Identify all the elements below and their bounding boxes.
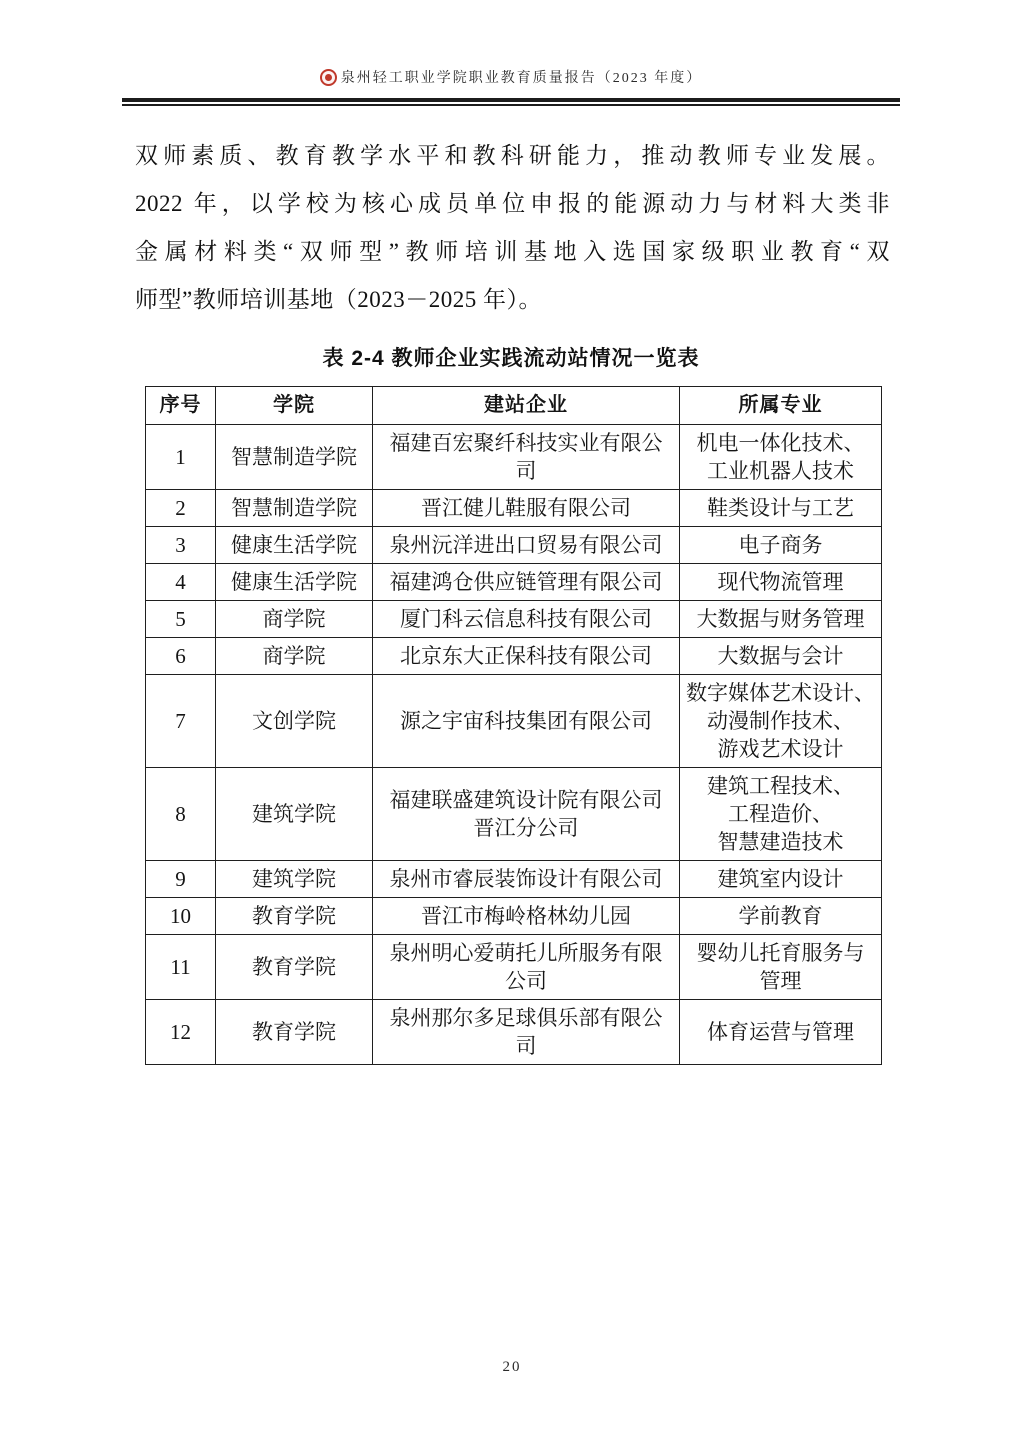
table-header-row: 序号 学院 建站企业 所属专业: [146, 386, 882, 424]
table-header: 序号 学院 建站企业 所属专业: [146, 386, 882, 424]
header-rule: [122, 98, 900, 106]
table-row: 1智慧制造学院福建百宏聚纤科技实业有限公 司机电一体化技术、 工业机器人技术: [146, 424, 882, 489]
table-cell: 泉州市睿辰装饰设计有限公司: [373, 860, 680, 897]
table-row: 3健康生活学院泉州沅洋进出口贸易有限公司电子商务: [146, 526, 882, 563]
table-cell: 智慧制造学院: [216, 424, 373, 489]
header-rule-thick-line: [122, 98, 900, 102]
table-cell: 商学院: [216, 600, 373, 637]
table-cell: 鞋类设计与工艺: [680, 489, 882, 526]
table-cell: 12: [146, 999, 216, 1064]
paragraph-line: 双师素质、教育教学水平和教科研能力，推动教师专业发展。: [135, 132, 890, 180]
table-cell: 北京东大正保科技有限公司: [373, 637, 680, 674]
paragraph-line: 师型”教师培训基地（2023－2025 年）。: [135, 276, 890, 324]
report-page: 泉州轻工职业学院职业教育质量报告（2023 年度） 双师素质、教育教学水平和教科…: [0, 0, 1024, 1448]
table-cell: 建筑学院: [216, 860, 373, 897]
table-cell: 健康生活学院: [216, 563, 373, 600]
table-row: 9建筑学院泉州市睿辰装饰设计有限公司建筑室内设计: [146, 860, 882, 897]
table-cell: 建筑工程技术、 工程造价、 智慧建造技术: [680, 767, 882, 860]
table-cell: 教育学院: [216, 934, 373, 999]
table-cell: 文创学院: [216, 674, 373, 767]
table-cell: 现代物流管理: [680, 563, 882, 600]
table-cell: 体育运营与管理: [680, 999, 882, 1064]
paragraph-line: 2022 年，以学校为核心成员单位申报的能源动力与材料大类非: [135, 180, 890, 228]
header-rule-thin-line: [122, 104, 900, 106]
table-body: 1智慧制造学院福建百宏聚纤科技实业有限公 司机电一体化技术、 工业机器人技术2智…: [146, 424, 882, 1064]
table-header-cell: 建站企业: [373, 386, 680, 424]
table-row: 12教育学院泉州那尔多足球俱乐部有限公 司体育运营与管理: [146, 999, 882, 1064]
table-cell: 7: [146, 674, 216, 767]
table-cell: 11: [146, 934, 216, 999]
table-row: 6商学院北京东大正保科技有限公司大数据与会计: [146, 637, 882, 674]
table-row: 11教育学院泉州明心爱萌托儿所服务有限 公司婴幼儿托育服务与 管理: [146, 934, 882, 999]
table-cell: 8: [146, 767, 216, 860]
body-paragraph: 双师素质、教育教学水平和教科研能力，推动教师专业发展。 2022 年，以学校为核…: [122, 132, 900, 324]
table-cell: 建筑学院: [216, 767, 373, 860]
table-row: 8建筑学院福建联盛建筑设计院有限公司 晋江分公司建筑工程技术、 工程造价、 智慧…: [146, 767, 882, 860]
table-cell: 泉州沅洋进出口贸易有限公司: [373, 526, 680, 563]
table-cell: 1: [146, 424, 216, 489]
page-number: 20: [0, 1359, 1024, 1376]
table-cell: 厦门科云信息科技有限公司: [373, 600, 680, 637]
table-cell: 智慧制造学院: [216, 489, 373, 526]
page-header: 泉州轻工职业学院职业教育质量报告（2023 年度）: [122, 62, 900, 92]
table-cell: 晋江市梅岭格林幼儿园: [373, 897, 680, 934]
table-cell: 大数据与会计: [680, 637, 882, 674]
table-cell: 2: [146, 489, 216, 526]
table-cell: 婴幼儿托育服务与 管理: [680, 934, 882, 999]
practice-station-table: 序号 学院 建站企业 所属专业 1智慧制造学院福建百宏聚纤科技实业有限公 司机电…: [145, 386, 882, 1065]
table-cell: 机电一体化技术、 工业机器人技术: [680, 424, 882, 489]
table-cell: 4: [146, 563, 216, 600]
table-cell: 电子商务: [680, 526, 882, 563]
table-header-cell: 序号: [146, 386, 216, 424]
table-cell: 福建联盛建筑设计院有限公司 晋江分公司: [373, 767, 680, 860]
table-cell: 教育学院: [216, 999, 373, 1064]
table-cell: 9: [146, 860, 216, 897]
table-cell: 泉州明心爱萌托儿所服务有限 公司: [373, 934, 680, 999]
table-cell: 源之宇宙科技集团有限公司: [373, 674, 680, 767]
table-header-cell: 学院: [216, 386, 373, 424]
page-content: 泉州轻工职业学院职业教育质量报告（2023 年度） 双师素质、教育教学水平和教科…: [0, 0, 1024, 1065]
table-cell: 福建百宏聚纤科技实业有限公 司: [373, 424, 680, 489]
table-row: 5商学院厦门科云信息科技有限公司大数据与财务管理: [146, 600, 882, 637]
table-cell: 10: [146, 897, 216, 934]
table-cell: 6: [146, 637, 216, 674]
table-cell: 晋江健儿鞋服有限公司: [373, 489, 680, 526]
table-row: 4健康生活学院福建鸿仓供应链管理有限公司现代物流管理: [146, 563, 882, 600]
paragraph-line: 金属材料类“双师型”教师培训基地入选国家级职业教育“双: [135, 228, 890, 276]
header-title: 泉州轻工职业学院职业教育质量报告（2023 年度）: [341, 67, 703, 87]
table-cell: 5: [146, 600, 216, 637]
table-row: 7文创学院源之宇宙科技集团有限公司数字媒体艺术设计、 动漫制作技术、 游戏艺术设…: [146, 674, 882, 767]
table-header-cell: 所属专业: [680, 386, 882, 424]
table-cell: 福建鸿仓供应链管理有限公司: [373, 563, 680, 600]
table-cell: 教育学院: [216, 897, 373, 934]
table-cell: 泉州那尔多足球俱乐部有限公 司: [373, 999, 680, 1064]
table-cell: 建筑室内设计: [680, 860, 882, 897]
table-cell: 3: [146, 526, 216, 563]
table-cell: 大数据与财务管理: [680, 600, 882, 637]
college-seal-icon: [320, 69, 337, 86]
table-cell: 数字媒体艺术设计、 动漫制作技术、 游戏艺术设计: [680, 674, 882, 767]
table-title: 表 2-4 教师企业实践流动站情况一览表: [122, 342, 900, 372]
table-cell: 商学院: [216, 637, 373, 674]
table-cell: 健康生活学院: [216, 526, 373, 563]
table-row: 10教育学院晋江市梅岭格林幼儿园学前教育: [146, 897, 882, 934]
table-cell: 学前教育: [680, 897, 882, 934]
table-row: 2智慧制造学院晋江健儿鞋服有限公司鞋类设计与工艺: [146, 489, 882, 526]
